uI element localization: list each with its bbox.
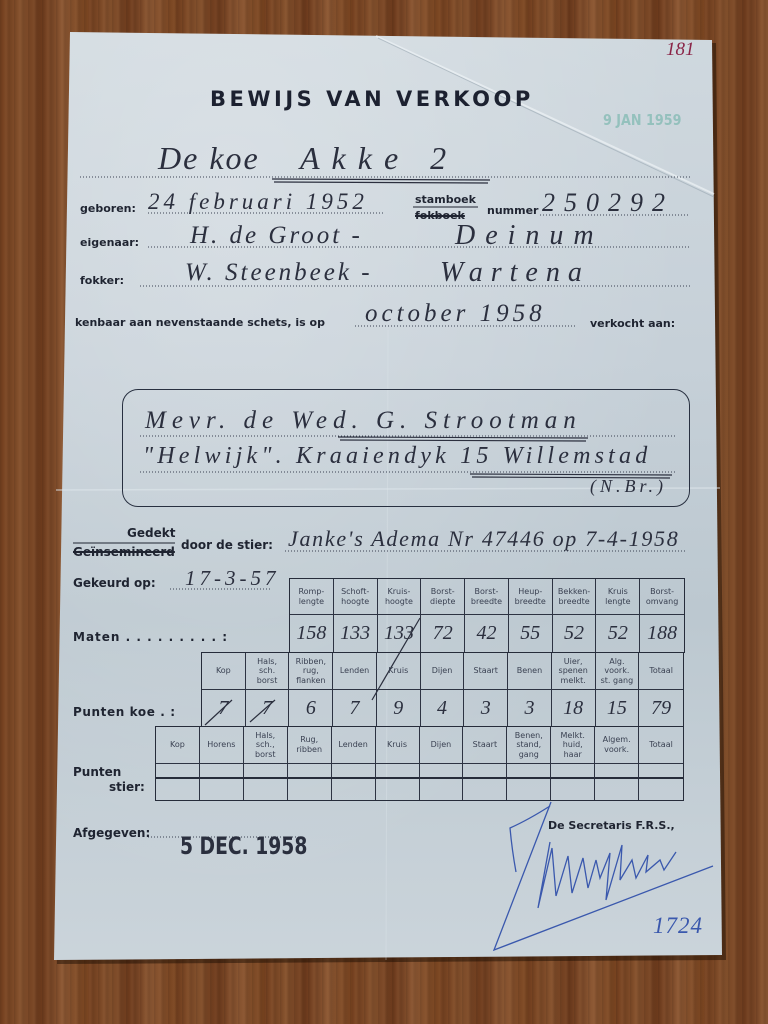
- inspection-date: 17-3-57: [185, 568, 280, 589]
- measurements-value: 133: [378, 615, 422, 652]
- cow-points-value: 3: [464, 690, 508, 726]
- measurements-header: Kruis- hoogte: [378, 579, 422, 615]
- bull-points-cell: [156, 779, 200, 800]
- bull-points-header: Staart: [463, 727, 507, 764]
- bull-points-table: Kop Horens Hals, sch., borst Rug, ribben…: [155, 726, 684, 801]
- cow-points-header: Uier, spenen melkt.: [552, 653, 596, 690]
- measurements-value: 158: [290, 615, 334, 652]
- sale-date: october 1958: [365, 301, 546, 326]
- animal-name: Akke 2: [300, 142, 458, 174]
- bull-points-cell: [200, 779, 244, 800]
- document-title: BEWIJS VAN VERKOOP: [210, 89, 534, 110]
- bull-points-header: Benen, stand, gang: [507, 727, 551, 764]
- bull-points-cell: [376, 779, 420, 800]
- cow-points-header: Kruis: [377, 653, 421, 690]
- bull-points-header: Hals, sch., borst: [244, 727, 288, 764]
- measurements-header: Borst- omvang: [640, 579, 684, 615]
- owner-label: eigenaar:: [80, 237, 139, 248]
- cow-points-header: Dijen: [421, 653, 465, 690]
- cow-points-value: 15: [596, 690, 640, 726]
- buyer-line2: "Helwijk". Kraaiendyk 15 Willemstad: [143, 444, 651, 468]
- owner-name: H. de Groot -: [190, 223, 363, 248]
- born-value: 24 februari 1952: [148, 190, 368, 213]
- cow-points-header: Hals, sch. borst: [246, 653, 290, 690]
- cow-points-header: Ribben, rug, flanken: [289, 653, 333, 690]
- bull-value: Janke's Adema Nr 47446 op 7-4-1958: [288, 528, 679, 550]
- bull-points-header: Lenden: [332, 727, 376, 764]
- sold-to-label: verkocht aan:: [590, 318, 675, 329]
- bull-points-cell: [463, 764, 507, 779]
- born-label: geboren:: [80, 203, 136, 214]
- bull-points-cell: [244, 779, 288, 800]
- bull-points-header: Melkt. huid, haar: [551, 727, 595, 764]
- herdbook-number-label: nummer: [487, 205, 538, 216]
- measurements-label: Maten . . . . . . . . . :: [73, 631, 228, 643]
- buyer-line1: Mevr. de Wed. G. Strootman: [145, 408, 582, 433]
- service-label: Gedekt: [127, 527, 175, 539]
- measurements-table: Romp- lengte Schoft- hoogte Kruis- hoogt…: [289, 578, 685, 653]
- bull-points-cell: [551, 764, 595, 779]
- cow-points-value: 4: [421, 690, 465, 726]
- owner-place: Deinum: [455, 222, 604, 250]
- cow-points-value: 7: [333, 690, 377, 726]
- cow-points-value: 18: [552, 690, 596, 726]
- measurements-value: 52: [553, 615, 597, 652]
- bull-points-cell: [507, 764, 551, 779]
- cow-points-value: 3: [508, 690, 552, 726]
- animal-prefix: De koe: [158, 142, 260, 174]
- measurements-value: 188: [640, 615, 684, 652]
- service-struck-label: Geïnsemineerd: [73, 546, 175, 558]
- bull-points-header: Dijen: [420, 727, 464, 764]
- sale-label: kenbaar aan nevenstaande schets, is op: [75, 317, 325, 328]
- bull-points-cell: [551, 779, 595, 800]
- bull-points-cell: [639, 764, 683, 779]
- cow-points-header: Lenden: [333, 653, 377, 690]
- bull-points-label-line1: Punten: [73, 766, 121, 778]
- measurements-value: 55: [509, 615, 553, 652]
- measurements-header: Heup- breedte: [509, 579, 553, 615]
- cow-points-label: Punten koe . :: [73, 706, 176, 718]
- bull-points-cell: [156, 764, 200, 779]
- reference-number: 1724: [653, 914, 703, 937]
- cow-points-table: Kop Hals, sch. borst Ribben, rug, flanke…: [201, 652, 684, 727]
- issued-label: Afgegeven:: [73, 827, 150, 839]
- measurements-header: Kruis lengte: [596, 579, 640, 615]
- cow-points-header: Benen: [508, 653, 552, 690]
- buyer-region: (N.Br.): [590, 477, 667, 495]
- bull-points-cell: [420, 779, 464, 800]
- breeder-label: fokker:: [80, 275, 124, 286]
- herdbook-label: stamboek: [415, 194, 476, 205]
- bull-label: door de stier:: [181, 539, 273, 551]
- bull-points-cell: [507, 779, 551, 800]
- measurements-header: Romp- lengte: [290, 579, 334, 615]
- bull-points-header: Rug, ribben: [288, 727, 332, 764]
- bull-points-cell: [200, 764, 244, 779]
- bull-points-cell: [288, 764, 332, 779]
- bull-points-cell: [332, 779, 376, 800]
- page-number: 181: [666, 40, 695, 59]
- cow-points-header: Totaal: [639, 653, 683, 690]
- issued-date-stamp: 5 DEC. 1958: [180, 834, 307, 858]
- herdbook-number-value: 250292: [542, 190, 674, 216]
- cow-points-value: 7: [202, 690, 246, 726]
- measurements-value: 52: [596, 615, 640, 652]
- cow-points-value: 6: [289, 690, 333, 726]
- bull-points-header: Kop: [156, 727, 200, 764]
- bull-points-header: Kruis: [376, 727, 420, 764]
- measurements-value: 72: [421, 615, 465, 652]
- bull-points-cell: [463, 779, 507, 800]
- bull-points-label-line2: stier:: [109, 781, 145, 793]
- cow-points-header: Kop: [202, 653, 246, 690]
- bull-points-cell: [639, 779, 683, 800]
- received-date-stamp: 9 JAN 1959: [603, 113, 682, 128]
- bull-points-header: Algem. voork.: [595, 727, 639, 764]
- bull-points-header: Totaal: [639, 727, 683, 764]
- cow-points-value: 7: [246, 690, 290, 726]
- bull-points-cell: [332, 764, 376, 779]
- bull-points-cell: [595, 779, 639, 800]
- breeder-name: W. Steenbeek -: [185, 260, 373, 285]
- bull-points-cell: [420, 764, 464, 779]
- measurements-value: 133: [334, 615, 378, 652]
- cow-points-value: 9: [377, 690, 421, 726]
- bull-points-cell: [244, 764, 288, 779]
- cow-points-total: 79: [639, 690, 683, 726]
- measurements-header: Borst- breedte: [465, 579, 509, 615]
- secretary-title: De Secretaris F.R.S.,: [548, 820, 675, 831]
- bull-points-cell: [595, 764, 639, 779]
- cow-points-header: Staart: [464, 653, 508, 690]
- bull-points-cell: [376, 764, 420, 779]
- measurements-value: 42: [465, 615, 509, 652]
- bull-points-cell: [288, 779, 332, 800]
- breeder-place: Wartena: [440, 259, 590, 287]
- bull-points-header: Horens: [200, 727, 244, 764]
- measurements-header: Borst- diepte: [421, 579, 465, 615]
- measurements-header: Bekken- breedte: [553, 579, 597, 615]
- inspection-label: Gekeurd op:: [73, 577, 156, 589]
- cow-points-header: Alg. voork. st. gang: [596, 653, 640, 690]
- measurements-header: Schoft- hoogte: [334, 579, 378, 615]
